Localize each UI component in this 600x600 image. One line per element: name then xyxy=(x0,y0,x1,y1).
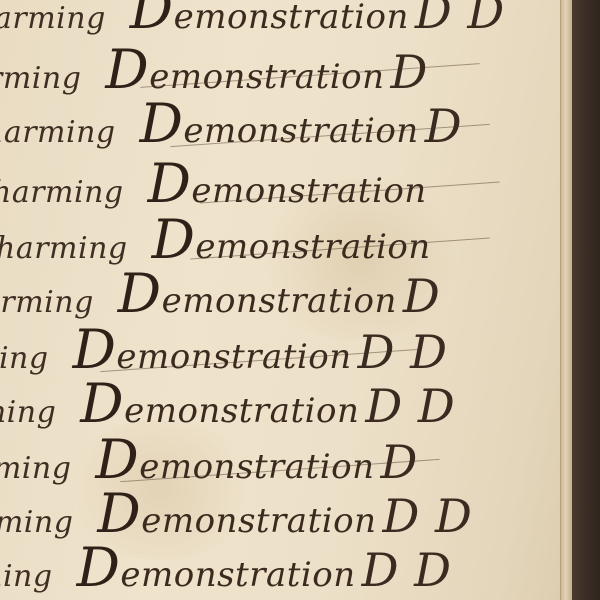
row-cap: D xyxy=(80,372,124,435)
row-rest: emonstration xyxy=(191,171,426,211)
handwriting-row: armingDemonstrationD xyxy=(0,262,440,325)
handwriting-row: mingDemonstrationD D xyxy=(0,536,452,599)
row-caps: D D xyxy=(365,379,455,433)
row-rest: emonstration xyxy=(120,555,355,595)
row-caps: D D xyxy=(415,0,505,39)
row-rest: emonstration xyxy=(139,447,374,487)
handwriting-row: harmingDemonstration xyxy=(0,152,427,215)
row-word: Demonstration xyxy=(152,227,431,267)
row-rest: emonstration xyxy=(174,0,409,37)
book-cover xyxy=(572,0,600,600)
row-prefix: rming xyxy=(0,505,73,540)
row-prefix: harming xyxy=(0,115,116,150)
row-word: Demonstration xyxy=(130,0,409,37)
handwriting-row: harmingDemonstrationD xyxy=(0,92,462,155)
row-caps: D D xyxy=(362,543,452,597)
row-caps: D xyxy=(403,269,440,323)
row-rest: emonstration xyxy=(195,227,430,267)
handwriting-lines: armingDemonstrationD D rmingDemonstratio… xyxy=(0,0,600,600)
handwriting-row: rningDemonstrationD D xyxy=(0,372,455,435)
row-prefix: ming xyxy=(0,559,53,594)
row-prefix: arming xyxy=(0,285,94,320)
row-rest: emonstration xyxy=(162,281,397,321)
row-prefix: arming xyxy=(0,1,106,36)
row-word: Demonstration xyxy=(97,501,376,541)
row-caps: D xyxy=(391,45,428,99)
row-word: Demonstration xyxy=(118,281,397,321)
row-prefix: rming xyxy=(0,451,71,486)
row-rest: emonstration xyxy=(141,501,376,541)
row-prefix: harming xyxy=(0,175,124,210)
row-word: Demonstration xyxy=(80,391,359,431)
row-caps: D D xyxy=(383,489,473,543)
row-prefix: rming xyxy=(0,61,81,96)
handwriting-row: armingDemonstrationD D xyxy=(0,0,505,41)
row-cap: D xyxy=(148,152,192,215)
row-cap: D xyxy=(118,262,162,325)
copybook-photo: armingDemonstrationD D rmingDemonstratio… xyxy=(0,0,600,600)
row-word: Demonstration xyxy=(105,57,384,97)
row-cap: D xyxy=(130,0,174,41)
row-prefix: harming xyxy=(0,231,128,266)
row-word: Demonstration xyxy=(77,555,356,595)
row-prefix: rning xyxy=(0,395,56,430)
row-prefix: ming xyxy=(0,341,49,376)
row-word: Demonstration xyxy=(148,171,427,211)
row-cap: D xyxy=(77,536,121,599)
row-rest: emonstration xyxy=(124,391,359,431)
